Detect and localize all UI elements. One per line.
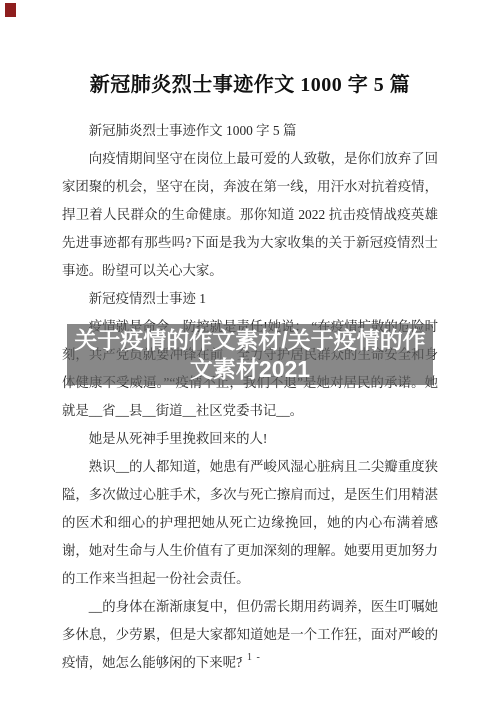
watermark-text: 关于疫情的作文素材/关于疫情的作文素材2021 xyxy=(67,326,433,384)
paragraph-section-heading: 新冠疫情烈士事迹 1 xyxy=(62,285,438,313)
watermark-overlay-banner: 关于疫情的作文素材/关于疫情的作文素材2021 xyxy=(67,324,433,385)
paragraph-body-3: 熟识__的人都知道，她患有严峻风湿心脏病且二尖瓣重度狭隘，多次做过心脏手术，多次… xyxy=(62,453,438,593)
paragraph-intro: 向疫情期间坚守在岗位上最可爱的人致敬，是你们放弃了回家团聚的机会，坚守在岗，奔波… xyxy=(62,145,438,285)
page-title: 新冠肺炎烈士事迹作文 1000 字 5 篇 xyxy=(62,70,438,100)
paragraph-body-2: 她是从死神手里挽救回来的人! xyxy=(62,425,438,453)
document-page: 新冠肺炎烈士事迹作文 1000 字 5 篇 新冠肺炎烈士事迹作文 1000 字 … xyxy=(0,0,500,706)
paragraph-subtitle: 新冠肺炎烈士事迹作文 1000 字 5 篇 xyxy=(62,117,438,145)
paragraph-body-4: __的身体在渐渐康复中，但仍需长期用药调养，医生叮嘱她多休息，少劳累，但是大家都… xyxy=(62,593,438,677)
corner-red-mark xyxy=(5,3,16,17)
page-number: - 1 - xyxy=(0,652,500,663)
